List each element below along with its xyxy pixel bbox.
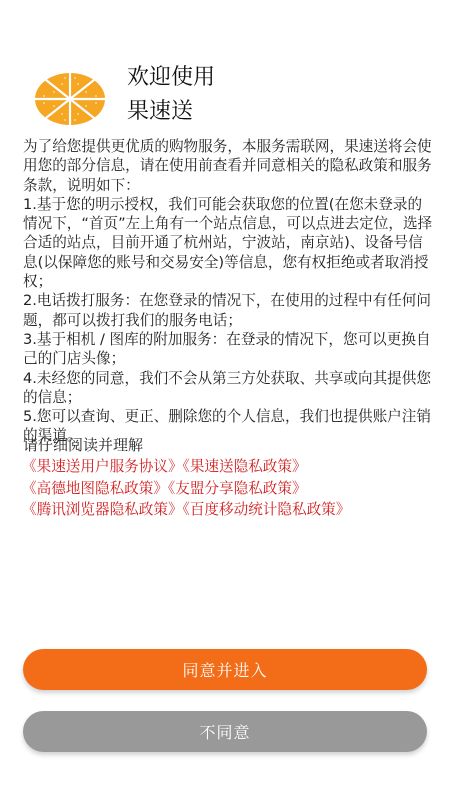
- disagree-button[interactable]: 不同意: [23, 711, 427, 752]
- tencent-browser-privacy-link[interactable]: 《腾讯浏览器隐私政策》: [22, 501, 183, 518]
- link-row: 《高德地图隐私政策》《友盟分享隐私政策》: [22, 478, 350, 500]
- read-carefully-heading: 请仔细阅读并理解: [23, 434, 143, 455]
- amap-privacy-link[interactable]: 《高德地图隐私政策》: [22, 480, 168, 497]
- third-party-paragraph: 4.未经您的同意，我们不会从第三方处获取、共享或向其提供您的信息；: [23, 369, 433, 408]
- header: 欢迎使用 果速送: [0, 52, 450, 142]
- welcome-title: 欢迎使用: [127, 60, 215, 91]
- privacy-intro-text: 为了给您提供更优质的购物服务，本服务需联网，果速送将会使用您的部分信息，请在使用…: [23, 137, 433, 446]
- intro-paragraph: 为了给您提供更优质的购物服务，本服务需联网，果速送将会使用您的部分信息，请在使用…: [23, 137, 433, 195]
- orange-slice-logo-icon: [34, 72, 106, 126]
- camera-permission-paragraph: 3.基于相机 / 图库的附加服务：在登录的情况下，您可以更换自己的门店头像；: [23, 330, 433, 369]
- link-row: 《腾讯浏览器隐私政策》《百度移动统计隐私政策》: [22, 499, 350, 521]
- umeng-share-privacy-link[interactable]: 《友盟分享隐私政策》: [168, 480, 307, 497]
- baidu-stats-privacy-link[interactable]: 《百度移动统计隐私政策》: [183, 501, 351, 518]
- agree-and-enter-button[interactable]: 同意并进入: [23, 649, 427, 690]
- link-row: 《果速送用户服务协议》《果速送隐私政策》: [22, 456, 350, 478]
- agreement-links: 《果速送用户服务协议》《果速送隐私政策》 《高德地图隐私政策》《友盟分享隐私政策…: [22, 456, 350, 521]
- user-service-agreement-link[interactable]: 《果速送用户服务协议》: [22, 458, 183, 475]
- phone-permission-paragraph: 2.电话拨打服务：在您登录的情况下，在使用的过程中有任何问题，都可以拨打我们的服…: [23, 291, 433, 330]
- privacy-policy-link[interactable]: 《果速送隐私政策》: [183, 458, 307, 475]
- app-name-title: 果速送: [127, 94, 193, 125]
- location-permission-paragraph: 1.基于您的明示授权，我们可能会获取您的位置(在您未登录的情况下，“首页”左上角…: [23, 195, 433, 291]
